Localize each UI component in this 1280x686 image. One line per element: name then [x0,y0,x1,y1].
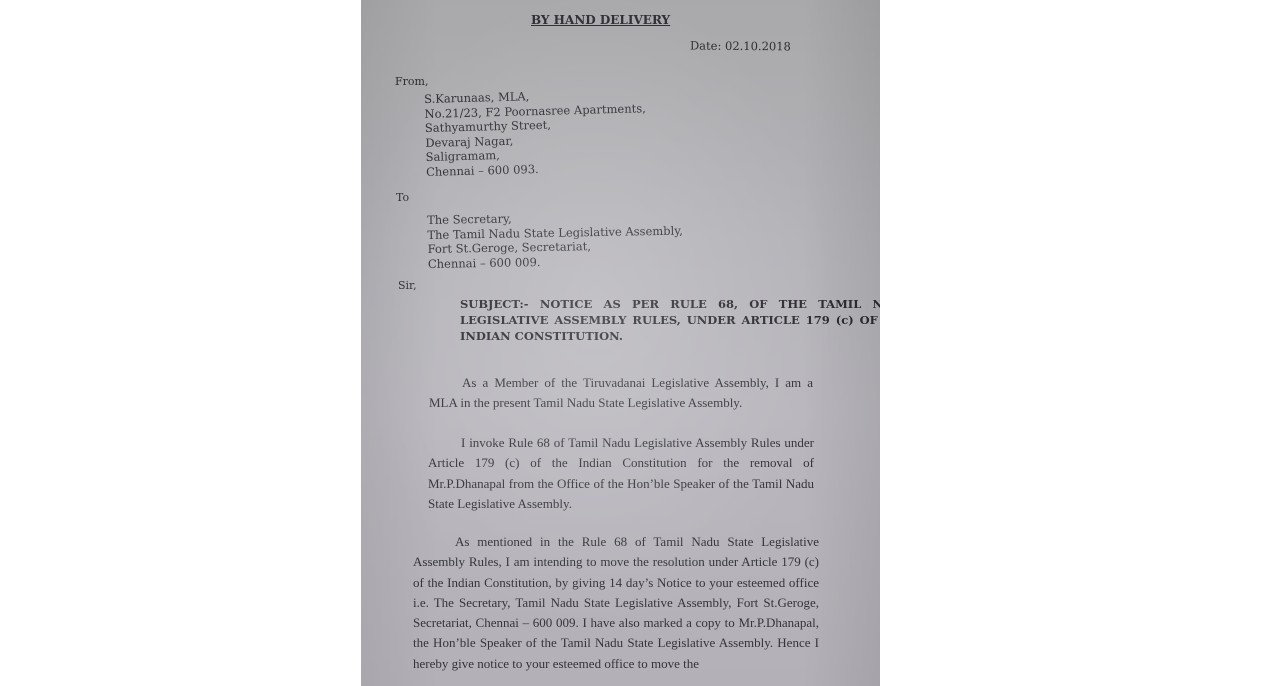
heading: BY HAND DELIVERY [531,13,670,27]
subject-line: SUBJECT:- NOTICE AS PER RULE 68, OF THE … [460,296,880,344]
paragraph-1-text: As a Member of the Tiruvadanai Legislati… [429,375,813,410]
paragraph-3-text: As mentioned in the Rule 68 of Tamil Nad… [413,534,819,671]
paragraph-1: As a Member of the Tiruvadanai Legislati… [429,373,813,414]
from-label: From, [395,75,428,89]
letter-date: Date: 02.10.2018 [690,39,791,54]
paragraph-2: I invoke Rule 68 of Tamil Nadu Legislati… [428,433,814,514]
to-label: To [396,191,409,205]
paragraph-2-text: I invoke Rule 68 of Tamil Nadu Legislati… [428,435,814,511]
salutation: Sir, [398,279,417,293]
paragraph-3: As mentioned in the Rule 68 of Tamil Nad… [413,532,819,674]
to-address: The Secretary,The Tamil Nadu State Legis… [427,209,684,271]
document-photo: BY HAND DELIVERY Date: 02.10.2018 From, … [361,0,880,686]
from-address: S.Karunaas, MLA,No.21/23, F2 Poornasree … [424,86,648,179]
